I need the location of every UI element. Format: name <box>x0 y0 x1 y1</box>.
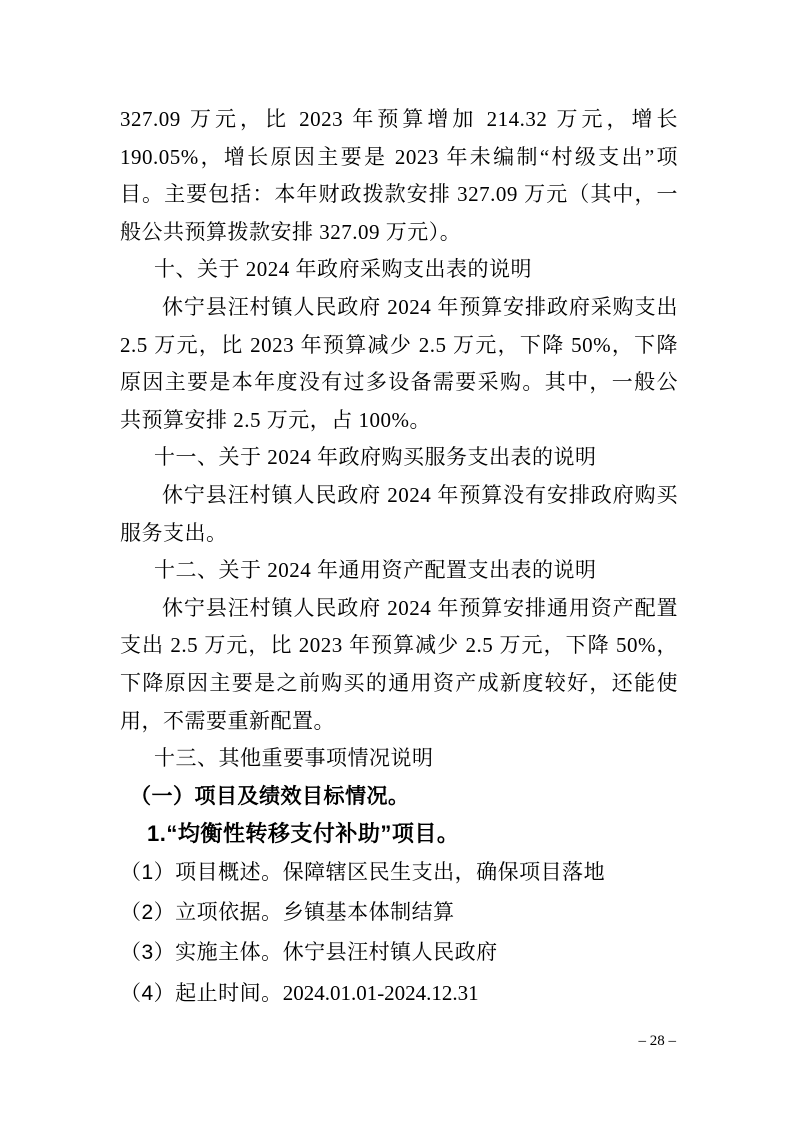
section-10-paragraph: 休宁县汪村镇人民政府 2024 年预算安排政府采购支出 2.5 万元，比 202… <box>120 289 678 439</box>
project-item-overview-value: 保障辖区民生支出，确保项目落地 <box>283 861 606 884</box>
project-item-duration: （4）起止时间。2024.01.01-2024.12.31 <box>120 973 678 1014</box>
page-number: – 28 – <box>639 1031 677 1051</box>
project-1-title: 1.“均衡性转移支付补助”项目。 <box>120 815 678 853</box>
section-12-heading: 十二、关于 2024 年通用资产配置支出表的说明 <box>120 552 678 590</box>
document-page: 327.09 万元，比 2023 年预算增加 214.32 万元，增长 190.… <box>0 0 793 1122</box>
project-item-implementer: （3）实施主体。休宁县汪村镇人民政府 <box>120 933 678 973</box>
section-13-heading: 十三、其他重要事项情况说明 <box>120 740 678 778</box>
document-content: 327.09 万元，比 2023 年预算增加 214.32 万元，增长 190.… <box>120 101 678 1014</box>
section-11-paragraph: 休宁县汪村镇人民政府 2024 年预算没有安排政府购买服务支出。 <box>120 477 678 552</box>
project-item-duration-value: 2024.01.01-2024.12.31 <box>283 981 479 1005</box>
project-item-basis: （2）立项依据。乡镇基本体制结算 <box>120 893 678 933</box>
project-item-basis-value: 乡镇基本体制结算 <box>283 901 455 924</box>
project-item-overview-label: （1）项目概述。 <box>120 861 283 884</box>
subsection-1-heading: （一）项目及绩效目标情况。 <box>120 778 678 816</box>
project-item-duration-label: （4）起止时间。 <box>120 982 283 1005</box>
section-10-heading: 十、关于 2024 年政府采购支出表的说明 <box>120 251 678 289</box>
project-item-overview: （1）项目概述。保障辖区民生支出，确保项目落地 <box>120 853 678 893</box>
project-item-implementer-label: （3）实施主体。 <box>120 941 283 964</box>
paragraph-village-expense-continuation: 327.09 万元，比 2023 年预算增加 214.32 万元，增长 190.… <box>120 101 678 251</box>
section-12-paragraph: 休宁县汪村镇人民政府 2024 年预算安排通用资产配置支出 2.5 万元，比 2… <box>120 590 678 740</box>
project-item-basis-label: （2）立项依据。 <box>120 901 283 924</box>
project-item-implementer-value: 休宁县汪村镇人民政府 <box>283 941 498 964</box>
section-11-heading: 十一、关于 2024 年政府购买服务支出表的说明 <box>120 439 678 477</box>
